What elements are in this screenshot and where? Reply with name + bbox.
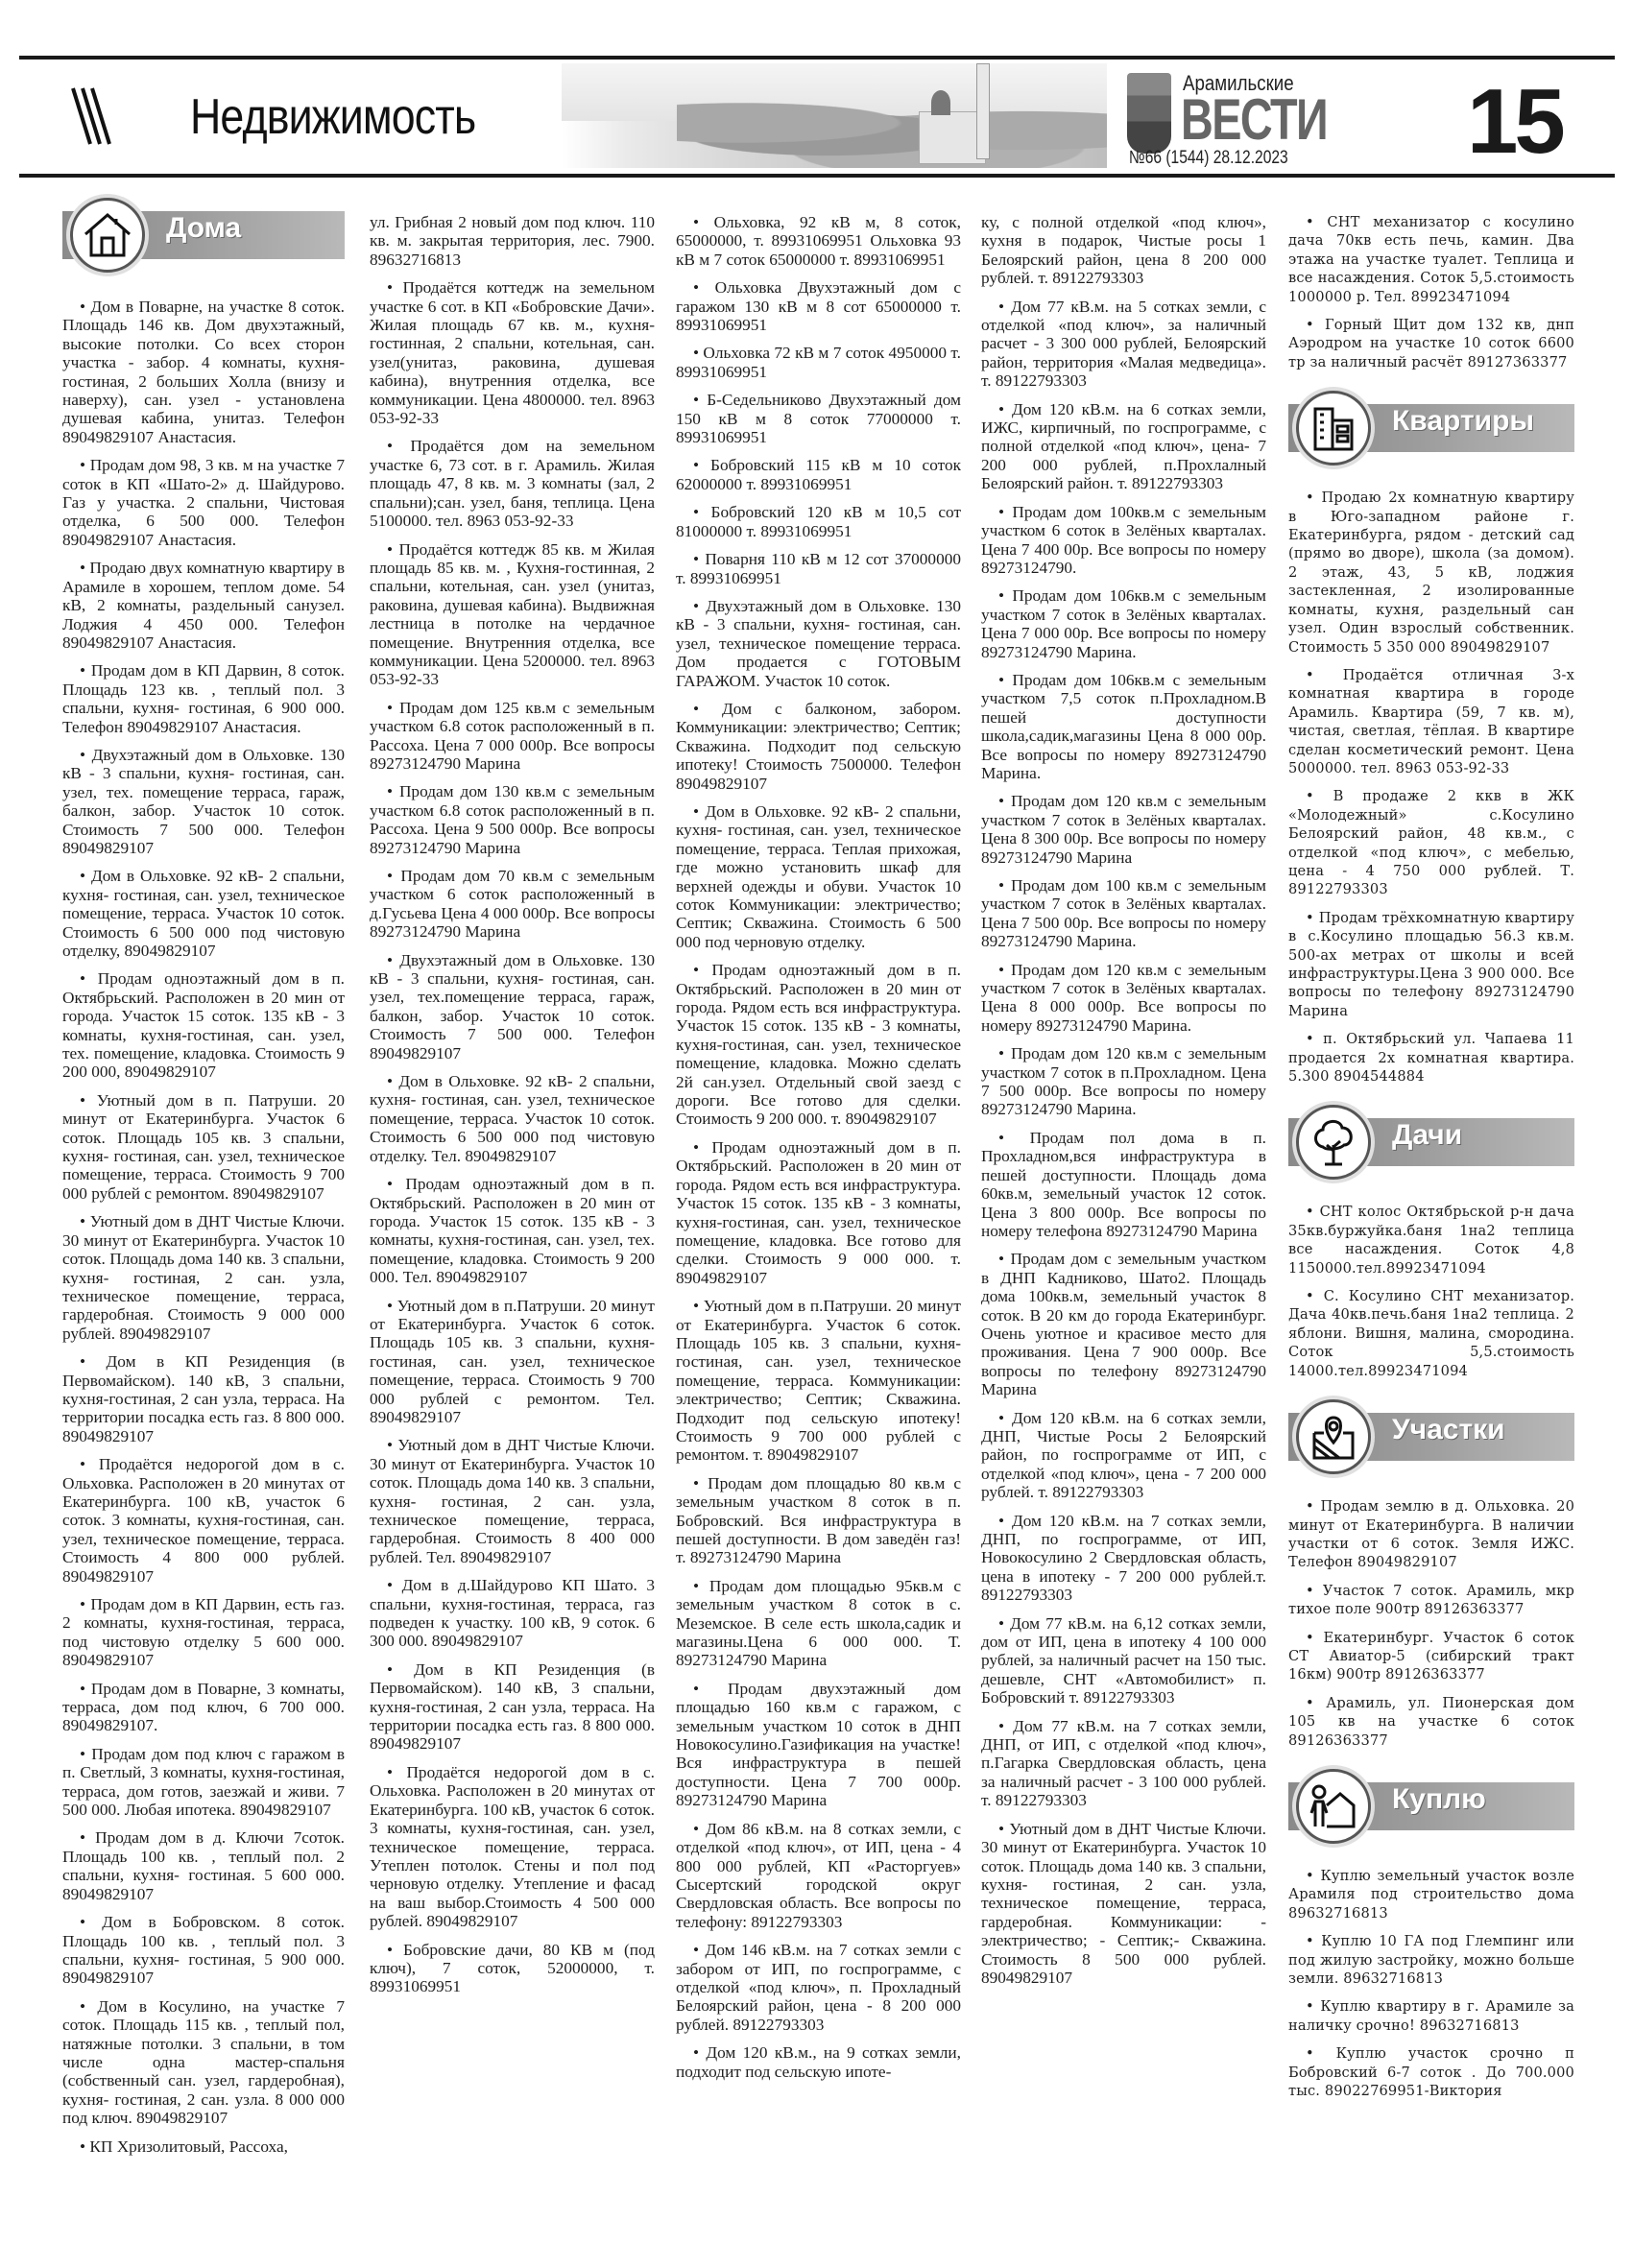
classified-ad: • Продам дом 130 кв.м с земельным участк… (370, 782, 655, 857)
classified-ad: • Продам дом 100 кв.м с земельным участк… (981, 876, 1266, 951)
classified-ad: • Продаю двух комнатную квартиру в Арами… (62, 559, 345, 652)
column-3: • Ольховка, 92 кВ м, 8 соток, 65000000, … (676, 213, 961, 2090)
classified-ad: • Двухэтажный дом в Ольховке. 130 кВ - 3… (676, 597, 961, 690)
house-icon (70, 198, 145, 273)
classified-ad: • Уютный дом в ДНТ Чистые Ключи. 30 мину… (981, 1820, 1266, 1988)
classified-ad: • СНТ механизатор с косулино дача 70кв е… (1288, 213, 1574, 306)
classified-ad: ул. Грибная 2 новый дом под ключ. 110 кв… (370, 213, 655, 269)
newspaper-name-main: ВЕСТИ (1181, 86, 1327, 153)
classified-ad: • Дом в Ольховке. 92 кВ- 2 спальни, кухн… (62, 867, 345, 960)
classified-ad: • Дом 120 кВ.м. на 6 сотках земли, ИЖС, … (981, 400, 1266, 493)
classified-ad: • Горный Щит дом 132 кв, днп Аэродром на… (1288, 316, 1574, 371)
classified-ad: • Продам дом 106кв.м с земельным участко… (981, 586, 1266, 661)
classified-ad: • Двухэтажный дом в Ольховке. 130 кВ - 3… (62, 746, 345, 857)
classified-ad: • Дом в Бобровском. 8 соток. Площадь 100… (62, 1913, 345, 1988)
photo-dome (931, 90, 950, 115)
classified-ad: • Дом 120 кВ.м. на 6 сотках земли, ДНП, … (981, 1409, 1266, 1502)
classified-ad: • Б-Седельниково Двухэтажный дом 150 кВ … (676, 391, 961, 446)
classified-ad: • Дом 120 кВ.м. на 7 сотках земли, ДНП, … (981, 1512, 1266, 1605)
classified-ad: • Дом в Поварне, на участке 8 соток. Пло… (62, 298, 345, 446)
classified-ad: • Продам дом площадью 95кв.м с земельным… (676, 1577, 961, 1670)
photo-bell-tower (976, 63, 990, 159)
section-title-dachi: Дачи (1392, 1126, 1462, 1144)
classified-ad: • Дом в Косулино, на участке 7 соток. Пл… (62, 1997, 345, 2128)
classified-ad: • Дом в Ольховке. 92 кВ- 2 спальни, кухн… (370, 1072, 655, 1165)
page-header: Недвижимость Арамильские ВЕСТИ №66 (1544… (19, 60, 1615, 174)
classified-ad: • Двухэтажный дом в Ольховке. 130 кВ - 3… (370, 951, 655, 1062)
classified-ad: • Дом 86 кВ.м. на 8 сотках земли, с отде… (676, 1820, 961, 1931)
section-header-kvartiry: Квартиры (1288, 393, 1574, 462)
ad-list: • Дом в Поварне, на участке 8 соток. Пло… (62, 298, 345, 2156)
classified-ad: • Куплю земельный участок возле Арамиля … (1288, 1867, 1574, 1922)
classified-ad: • Уютный дом в п.Патруши. 20 минут от Ек… (370, 1297, 655, 1427)
classified-ad: • КП Хризолитовый, Рассоха, (62, 2137, 345, 2156)
slashes-icon (69, 86, 119, 146)
classified-ad: • Продам дом под ключ с гаражом в п. Све… (62, 1745, 345, 1820)
ad-list: • Продам землю в д. Ольховка. 20 минут о… (1288, 1497, 1574, 1750)
section-title-kuplyu: Куплю (1392, 1790, 1486, 1808)
coat-of-arms-icon (1127, 73, 1171, 154)
classified-ad: • Уютный дом в п.Патруши. 20 минут от Ек… (676, 1297, 961, 1465)
classified-ad: • Продам одноэтажный дом в п. Октябрьски… (62, 969, 345, 1081)
classified-ad: • Продам пол дома в п. Прохладном,вся ин… (981, 1129, 1266, 1240)
ad-list: ул. Грибная 2 новый дом под ключ. 110 кв… (370, 213, 655, 1996)
section-title-uchastki: Участки (1392, 1420, 1505, 1439)
classified-ad: • Продам дом в КП Дарвин, есть газ. 2 ко… (62, 1595, 345, 1670)
classified-ad: • Продаётся дом на земельном участке 6, … (370, 437, 655, 530)
classified-ad: • Продаю 2х комнатную квартиру в Юго-зап… (1288, 489, 1574, 657)
section-title-doma: Дома (166, 219, 241, 237)
section-header-dachi: Дачи (1288, 1107, 1574, 1176)
classified-ad: • Продаётся недорогой дом в с. Ольховка.… (370, 1763, 655, 1931)
column-5: • СНТ механизатор с косулино дача 70кв е… (1288, 213, 1574, 2110)
classified-ad: • Уютный дом в ДНТ Чистые Ключи. 30 мину… (62, 1212, 345, 1343)
ad-list: • СНТ колос Октябрьской р-н дача 35кв.бу… (1288, 1203, 1574, 1380)
classified-ad: • Дом 77 кВ.м. на 6,12 сотках земли, дом… (981, 1614, 1266, 1707)
classified-ad: • Дом в Ольховке. 92 кВ- 2 спальни, кухн… (676, 802, 961, 951)
classified-ad: • Продаётся коттедж 85 кв. м Жилая площа… (370, 540, 655, 689)
classified-ad: • Дом в КП Резиденция (в Первомайском). … (62, 1352, 345, 1445)
apartment-building-icon (1296, 391, 1371, 466)
classified-ad: • Дом 77 кВ.м. на 5 сотках земли, с отде… (981, 298, 1266, 391)
ad-list: ку, с полной отделкой «под ключ», кухня … (981, 213, 1266, 1987)
classified-ad: • Дом в КП Резиденция (в Первомайском). … (370, 1660, 655, 1754)
classified-ad: • Арамиль, ул. Пионерская дом 105 кв на … (1288, 1694, 1574, 1750)
classified-ad: • Продам трёхкомнатную квартиру в с.Косу… (1288, 909, 1574, 1020)
classified-ad: • Дом с балконом, забором. Коммуникации:… (676, 700, 961, 793)
ad-list: • СНТ механизатор с косулино дача 70кв е… (1288, 213, 1574, 371)
ad-list: • Ольховка, 92 кВ м, 8 соток, 65000000, … (676, 213, 961, 2081)
column-2: ул. Грибная 2 новый дом под ключ. 110 кв… (370, 213, 655, 2006)
map-pin-icon (1296, 1399, 1371, 1474)
classified-ad: • Продам дом 120 кв.м с земельным участк… (981, 961, 1266, 1036)
classified-ad: • С. Косулино СНТ механизатор. Дача 40кв… (1288, 1287, 1574, 1380)
classified-ad: • Продам дом 100кв.м с земельным участко… (981, 503, 1266, 578)
classified-ad: • Поварня 110 кВ м 12 сот 37000000 т. 89… (676, 550, 961, 587)
classified-ad: • Ольховка, 92 кВ м, 8 соток, 65000000, … (676, 213, 961, 269)
classified-ad: • Дом 77 кВ.м. на 7 сотках земли, ДНП, о… (981, 1717, 1266, 1810)
newspaper-logo: Арамильские ВЕСТИ №66 (1544) 28.12.2023 (1121, 65, 1457, 167)
classified-ad: • Ольховка Двухэтажный дом с гаражом 130… (676, 278, 961, 334)
classified-ad: • Продам дом 98, 3 кв. м на участке 7 со… (62, 456, 345, 549)
classified-ad: • Продам двухэтажный дом площадью 160 кв… (676, 1680, 961, 1810)
page-number: 15 (1467, 69, 1562, 175)
ad-list: • Продаю 2х комнатную квартиру в Юго-зап… (1288, 489, 1574, 1086)
classified-ad: • Продам дом в КП Дарвин, 8 соток. Площа… (62, 661, 345, 736)
classified-ad: • Продам одноэтажный дом в п. Октябрьски… (676, 1138, 961, 1287)
classified-ad: • Продаётся коттедж на земельном участке… (370, 278, 655, 427)
photo-trees (677, 92, 1107, 168)
section-header-doma: Дома (62, 200, 345, 269)
classified-ad: • Продам дом в Поварне, 3 комнаты, терра… (62, 1680, 345, 1735)
header-bottom-rule (19, 174, 1615, 178)
section-title: Недвижимость (190, 88, 475, 146)
column-1: Дома • Дом в Поварне, на участке 8 соток… (62, 213, 345, 2165)
classified-ad: • Куплю квартиру в г. Арамиле за наличку… (1288, 1997, 1574, 2035)
classified-ad: • Участок 7 соток. Арамиль, мкр тихое по… (1288, 1582, 1574, 1619)
classified-ad: • п. Октябрьский ул. Чапаева 11 продаетс… (1288, 1030, 1574, 1086)
issue-info: №66 (1544) 28.12.2023 (1129, 148, 1288, 169)
person-house-icon (1296, 1769, 1371, 1844)
classified-ad: • Екатеринбург. Участок 6 соток СТ Авиат… (1288, 1629, 1574, 1684)
church-landscape-photo (562, 63, 1107, 168)
tree-icon (1296, 1105, 1371, 1180)
classified-ad: • Продам дом 125 кв.м с земельным участк… (370, 699, 655, 774)
classified-ad: • Ольховка 72 кВ м 7 соток 4950000 т. 89… (676, 344, 961, 381)
classified-ad: • Продам дом 106кв.м с земельным участко… (981, 671, 1266, 782)
classified-ad: • СНТ колос Октябрьской р-н дача 35кв.бу… (1288, 1203, 1574, 1277)
classified-ad: • Бобровский 120 кВ м 10,5 сот 81000000 … (676, 503, 961, 540)
section-title-kvartiry: Квартиры (1392, 412, 1534, 430)
classified-ad: • Продаётся отличная 3-х комнатная кварт… (1288, 666, 1574, 777)
classified-ad: • Продам землю в д. Ольховка. 20 минут о… (1288, 1497, 1574, 1572)
classified-ad: • Продам дом с земельным участком в ДНП … (981, 1250, 1266, 1398)
classified-ad: • Продам дом в д. Ключи 7соток. Площадь … (62, 1828, 345, 1903)
classified-ad: • Уютный дом в ДНТ Чистые Ключи. 30 мину… (370, 1436, 655, 1566)
section-header-kuplyu: Куплю (1288, 1771, 1574, 1840)
classified-ad: • Продам одноэтажный дом в п. Октябрьски… (676, 961, 961, 1129)
classified-ad: ку, с полной отделкой «под ключ», кухня … (981, 213, 1266, 288)
classified-ad: • Куплю 10 ГА под Глемпинг или под жилую… (1288, 1932, 1574, 1988)
classified-ad: • Дом в д.Шайдурово КП Шато. 3 спальни, … (370, 1576, 655, 1651)
classified-ad: • Бобровские дачи, 80 КВ м (под ключ), 7… (370, 1941, 655, 1996)
column-4: ку, с полной отделкой «под ключ», кухня … (981, 213, 1266, 1996)
classified-ad: • Уютный дом в п. Патруши. 20 минут от Е… (62, 1091, 345, 1203)
classified-ad: • Куплю участок срочно п Бобровский 6-7 … (1288, 2044, 1574, 2100)
classified-ad: • Продам одноэтажный дом в п. Октябрьски… (370, 1175, 655, 1286)
classified-ad: • Продам дом 120 кв.м с земельным участк… (981, 1044, 1266, 1119)
classified-ad: • Продам дом 120 кв.м с земельным участк… (981, 792, 1266, 867)
classified-ad: • Дом 120 кВ.м., на 9 сотках земли, подх… (676, 2043, 961, 2081)
classified-ad: • Продам дом 70 кв.м с земельным участко… (370, 867, 655, 942)
classified-ad: • Бобровский 115 кВ м 10 соток 62000000 … (676, 456, 961, 493)
ad-list: • Куплю земельный участок возле Арамиля … (1288, 1867, 1574, 2100)
classified-ad: • Продаётся недорогой дом в с. Ольховка.… (62, 1455, 345, 1586)
classified-ad: • Продам дом площадью 80 кв.м с земельны… (676, 1474, 961, 1567)
classified-ad: • Дом 146 кВ.м. на 7 сотках земли с забо… (676, 1941, 961, 2034)
classified-ad: • В продаже 2 ккв в ЖК «Молодежный» с.Ко… (1288, 787, 1574, 898)
section-header-uchastki: Участки (1288, 1401, 1574, 1470)
